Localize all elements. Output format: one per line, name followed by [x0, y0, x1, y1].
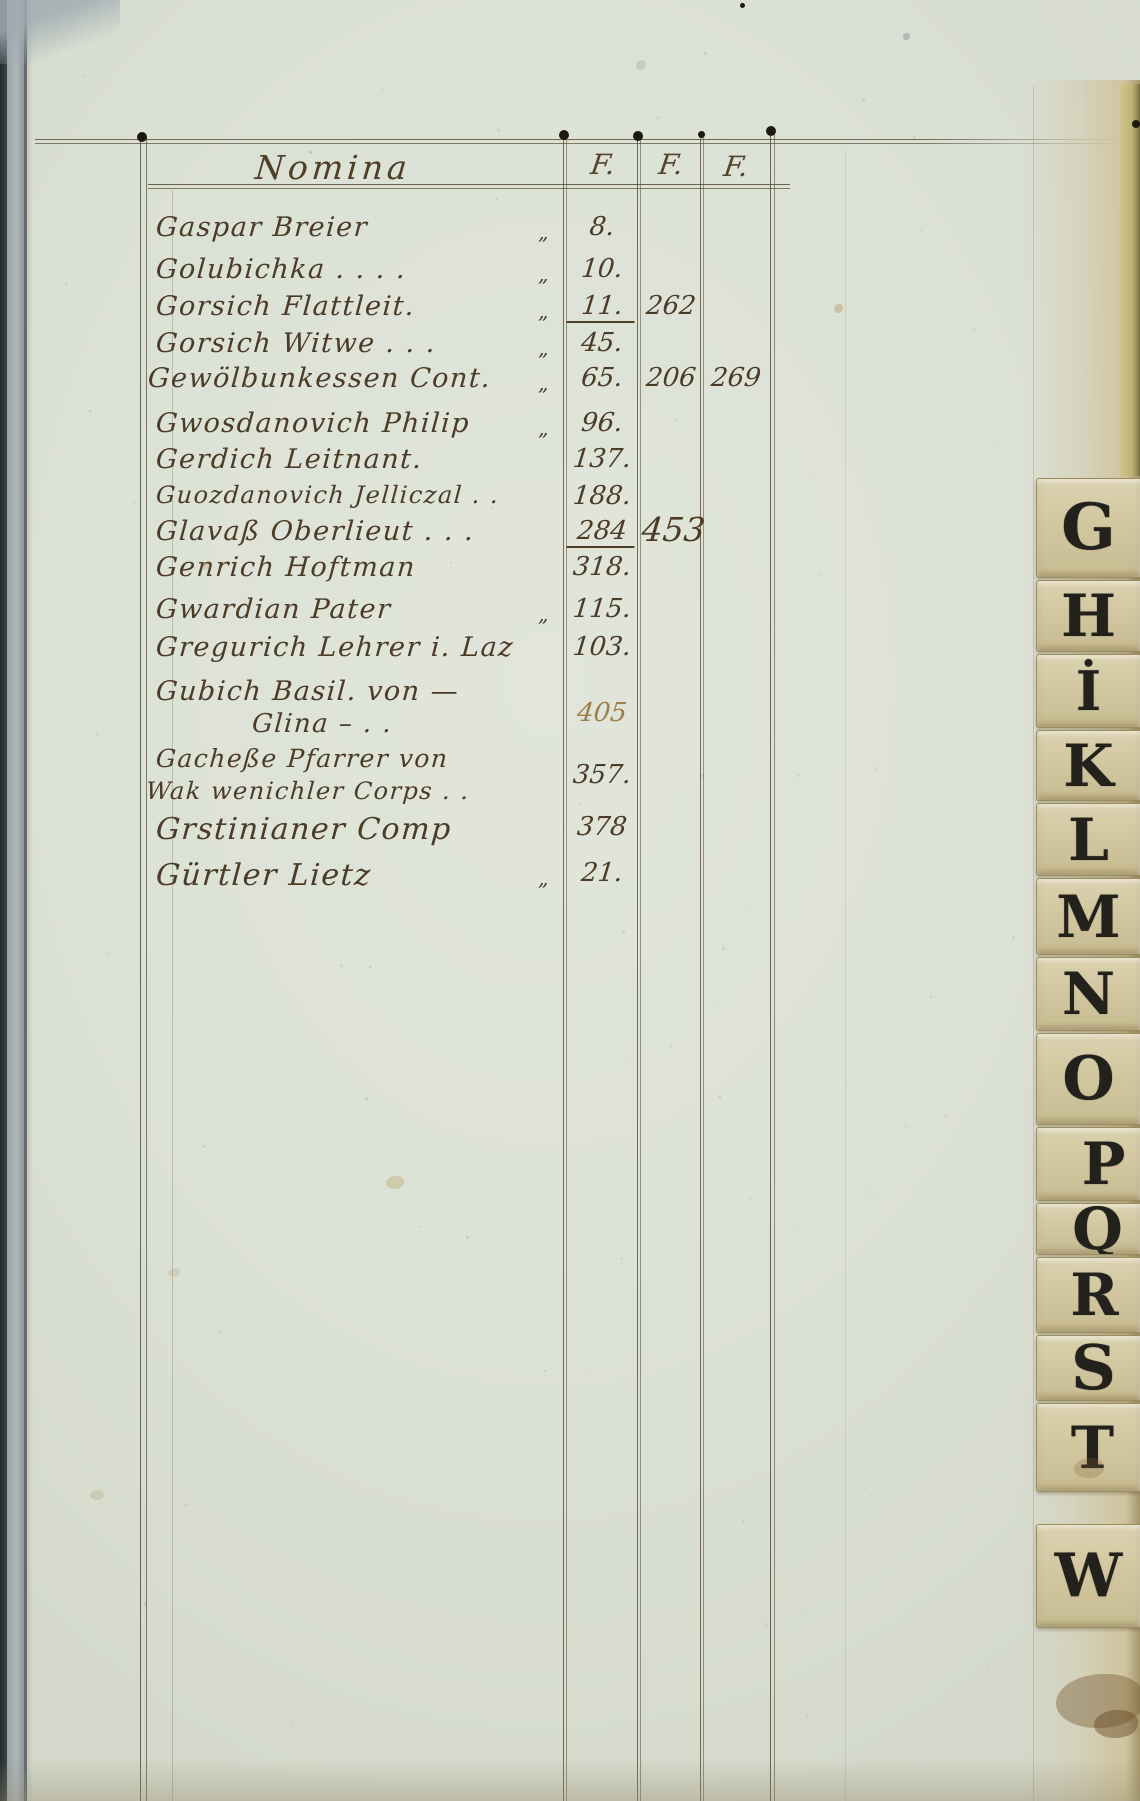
- column-header-nomina: Nomina: [226, 148, 439, 187]
- paper-speck: [774, 1177, 776, 1179]
- alphabet-tab-k: K: [1036, 730, 1140, 801]
- entry-name: Gacheße Pfarrer von: [155, 744, 450, 773]
- scanned-ledger-page: Nomina F. F. F. Gaspar Breier„8.Golubich…: [0, 0, 1140, 1801]
- alphabet-tab-w: W: [1036, 1524, 1140, 1628]
- entry-name-line2: Glina – . .: [251, 709, 394, 739]
- alphabet-tab-q: Q: [1036, 1203, 1140, 1255]
- entry-name: Gerdich Leitnant.: [155, 444, 424, 475]
- paper-speck: [670, 1045, 672, 1047]
- rule-horizontal: [35, 139, 1120, 140]
- paper-speck: [806, 1714, 809, 1717]
- entry-ditto-mark: „: [538, 866, 548, 890]
- paper-speck: [747, 1576, 749, 1578]
- tab-letter-glyph: G: [1061, 496, 1116, 560]
- paper-speck: [309, 151, 312, 154]
- pin-dot: [698, 131, 705, 138]
- entry-name: Gorsich Flattleit.: [155, 291, 416, 322]
- paper-speck: [235, 1110, 236, 1111]
- alphabet-tab-h: H: [1036, 580, 1140, 652]
- entry-name-line2: Wak wenichler Corps . .: [145, 777, 471, 805]
- column-header-folio-2: F.: [640, 148, 703, 181]
- tab-letter-glyph: O: [1062, 1049, 1114, 1109]
- paper-speck: [133, 502, 135, 504]
- entry-name: Gwosdanovich Philip: [155, 408, 471, 439]
- paper-speck: [657, 117, 659, 119]
- paper-speck: [793, 1230, 795, 1232]
- paper-speck: [863, 1064, 864, 1065]
- paper-speck: [944, 1115, 947, 1118]
- stain-spot: [834, 304, 843, 313]
- paper-speck: [526, 749, 528, 751]
- tab-letter-glyph: İ: [1076, 664, 1101, 718]
- entry-ditto-mark: „: [538, 262, 548, 286]
- paper-speck: [394, 1124, 396, 1126]
- entry-folio-1: 137.: [566, 444, 637, 474]
- stain-spot: [168, 1268, 180, 1277]
- entry-folio-1: 65.: [566, 363, 637, 393]
- entry-ditto-mark: „: [538, 336, 548, 360]
- entry-folio-2: 453: [640, 510, 702, 549]
- pin-dot: [137, 132, 147, 142]
- alphabet-tab-t: T: [1036, 1403, 1140, 1492]
- page-corner-top-left: [0, 0, 120, 64]
- tab-letter-glyph: K: [1063, 737, 1113, 795]
- paper-speck: [385, 558, 387, 560]
- tab-letter-glyph: S: [1071, 1337, 1116, 1399]
- paper-speck: [704, 52, 707, 55]
- tab-letter-glyph: R: [1070, 1266, 1118, 1324]
- paper-speck: [846, 1085, 848, 1087]
- paper-speck: [895, 710, 897, 712]
- tab-letter-glyph: W: [1055, 1546, 1122, 1606]
- entry-folio-1: 284: [566, 516, 637, 548]
- paper-speck: [615, 761, 617, 763]
- stain-spot: [636, 60, 646, 70]
- page-bottom-shadow: [0, 1758, 1140, 1801]
- paper-speck: [185, 1503, 188, 1506]
- paper-speck: [742, 1520, 745, 1523]
- paper-speck: [797, 774, 800, 777]
- paper-speck: [42, 1031, 44, 1033]
- paper-speck: [544, 1370, 546, 1372]
- entry-folio-1: 357.: [566, 760, 637, 790]
- stain-spot: [903, 33, 910, 40]
- tab-letter-glyph: Q: [1072, 1203, 1123, 1255]
- entry-name: Gorsich Witwe . . .: [155, 328, 437, 359]
- paper-speck: [818, 573, 820, 575]
- paper-speck: [722, 947, 725, 950]
- entry-folio-2: 206: [640, 363, 701, 393]
- tab-letter-glyph: M: [1056, 888, 1120, 946]
- entry-name: Golubichka . . . .: [155, 254, 408, 285]
- tab-letter-glyph: H: [1061, 587, 1116, 645]
- paper-speck: [84, 75, 86, 77]
- entry-folio-1: 96.: [566, 408, 637, 438]
- paper-speck: [765, 1623, 768, 1626]
- paper-speck: [203, 1145, 206, 1148]
- stain-spot: [1074, 1458, 1104, 1478]
- alphabet-tab-o: O: [1036, 1033, 1140, 1125]
- paper-speck: [259, 175, 261, 177]
- paper-speck: [622, 930, 625, 933]
- rule-horizontal: [148, 188, 790, 189]
- entry-name: Gubich Basil. von —: [155, 676, 460, 707]
- rule-horizontal: [35, 143, 1120, 144]
- paper-speck: [496, 198, 498, 200]
- paper-speck: [865, 1188, 867, 1190]
- paper-speck: [466, 1236, 469, 1239]
- tab-letter-glyph: N: [1062, 965, 1115, 1023]
- paper-speck: [805, 1609, 806, 1610]
- index-entry-row: Gürtler Lietz„21.: [0, 858, 1140, 928]
- tab-letter-glyph: P: [1082, 1135, 1126, 1193]
- paper-speck: [713, 1003, 714, 1004]
- index-entry-row: Gubich Basil. von —Glina – . .405: [0, 676, 1140, 746]
- entry-name: Glavaß Oberlieut . . .: [155, 516, 476, 547]
- entry-name: Guozdanovich Jelliczal . .: [155, 481, 500, 509]
- alphabet-tab-m: M: [1036, 878, 1140, 955]
- alphabet-tab-i̇: İ: [1036, 654, 1140, 728]
- paper-speck: [377, 1159, 378, 1160]
- entry-ditto-mark: „: [538, 299, 548, 323]
- paper-speck: [988, 1665, 990, 1667]
- paper-speck: [750, 1198, 752, 1200]
- paper-speck: [862, 98, 865, 101]
- paper-speck: [586, 1368, 588, 1370]
- paper-speck: [365, 1097, 368, 1100]
- paper-speck: [369, 966, 371, 968]
- entry-folio-1: 378: [566, 812, 637, 842]
- entry-folio-1: 115.: [566, 594, 637, 624]
- column-header-folio-3: F.: [703, 150, 770, 183]
- entry-folio-1: 10.: [566, 254, 637, 284]
- alphabet-tab-p: P: [1036, 1127, 1140, 1201]
- paper-speck: [718, 1096, 721, 1099]
- entry-folio-1: 21.: [566, 858, 637, 888]
- entry-folio-3: 269: [704, 363, 767, 393]
- paper-speck: [382, 88, 385, 91]
- paper-speck: [1012, 936, 1015, 939]
- entry-name: Gürtler Lietz: [155, 858, 373, 893]
- entry-name: Gwardian Pater: [155, 594, 393, 625]
- paper-speck: [319, 451, 322, 454]
- paper-speck: [291, 1721, 293, 1723]
- entry-name: Genrich Hoftman: [155, 552, 417, 583]
- paper-speck: [863, 1487, 866, 1490]
- entry-name: Gregurich Lehrer i. Laz: [155, 632, 515, 663]
- paper-speck: [905, 1125, 907, 1127]
- entry-folio-1: 8.: [566, 212, 637, 242]
- paper-speck: [624, 1063, 625, 1064]
- paper-speck: [491, 507, 494, 510]
- entry-ditto-mark: „: [538, 371, 548, 395]
- pin-dot: [633, 131, 643, 141]
- alphabet-tab-g: G: [1036, 478, 1140, 578]
- paper-speck: [620, 1257, 623, 1260]
- entry-folio-1: 188.: [566, 481, 637, 511]
- entry-folio-1: 11.: [566, 291, 637, 323]
- tab-letter-glyph: L: [1068, 811, 1109, 869]
- paper-speck: [225, 1258, 226, 1259]
- paper-speck: [106, 952, 108, 954]
- entry-folio-2: 262: [640, 291, 701, 321]
- paper-speck: [497, 129, 500, 132]
- paper-speck: [807, 1028, 808, 1029]
- paper-speck: [144, 1602, 147, 1605]
- paper-speck: [683, 1544, 685, 1546]
- column-header-folio-1: F.: [568, 148, 639, 181]
- entry-folio-1: 405: [566, 698, 637, 728]
- entry-name: Gaspar Breier: [155, 212, 369, 243]
- paper-speck: [803, 1672, 804, 1673]
- entry-ditto-mark: „: [538, 416, 548, 440]
- paper-speck: [913, 136, 916, 139]
- stain-spot: [200, 562, 211, 570]
- index-entry-row: Gacheße Pfarrer vonWak wenichler Corps .…: [0, 744, 1140, 814]
- stain-spot: [1094, 1710, 1138, 1738]
- pin-dot: [766, 126, 776, 136]
- paper-speck: [420, 1226, 422, 1228]
- entry-ditto-mark: „: [538, 602, 548, 626]
- alphabet-tab-n: N: [1036, 957, 1140, 1031]
- paper-speck: [283, 329, 285, 331]
- paper-speck: [279, 1451, 280, 1452]
- pin-dot: [559, 130, 569, 140]
- paper-speck: [871, 1195, 873, 1197]
- paper-speck: [674, 419, 677, 422]
- paper-speck: [218, 1330, 221, 1333]
- entry-folio-1: 103.: [566, 632, 637, 662]
- pin-dot: [1132, 120, 1140, 128]
- paper-speck: [96, 733, 98, 735]
- pin-dot: [740, 3, 745, 8]
- paper-speck: [89, 410, 91, 412]
- entry-folio-1: 318.: [566, 552, 637, 582]
- alphabet-tab-l: L: [1036, 803, 1140, 876]
- paper-speck: [919, 230, 922, 233]
- entry-folio-1: 45.: [566, 328, 637, 358]
- paper-speck: [930, 996, 932, 998]
- alphabet-tab-s: S: [1036, 1335, 1140, 1401]
- entry-name: Grstinianer Comp: [155, 812, 453, 847]
- paper-speck: [340, 964, 343, 967]
- entry-name: Gewölbunkessen Cont.: [147, 363, 493, 394]
- alphabet-tab-r: R: [1036, 1257, 1140, 1333]
- stain-spot: [90, 1490, 104, 1500]
- entry-ditto-mark: „: [538, 220, 548, 244]
- stain-spot: [386, 1176, 404, 1189]
